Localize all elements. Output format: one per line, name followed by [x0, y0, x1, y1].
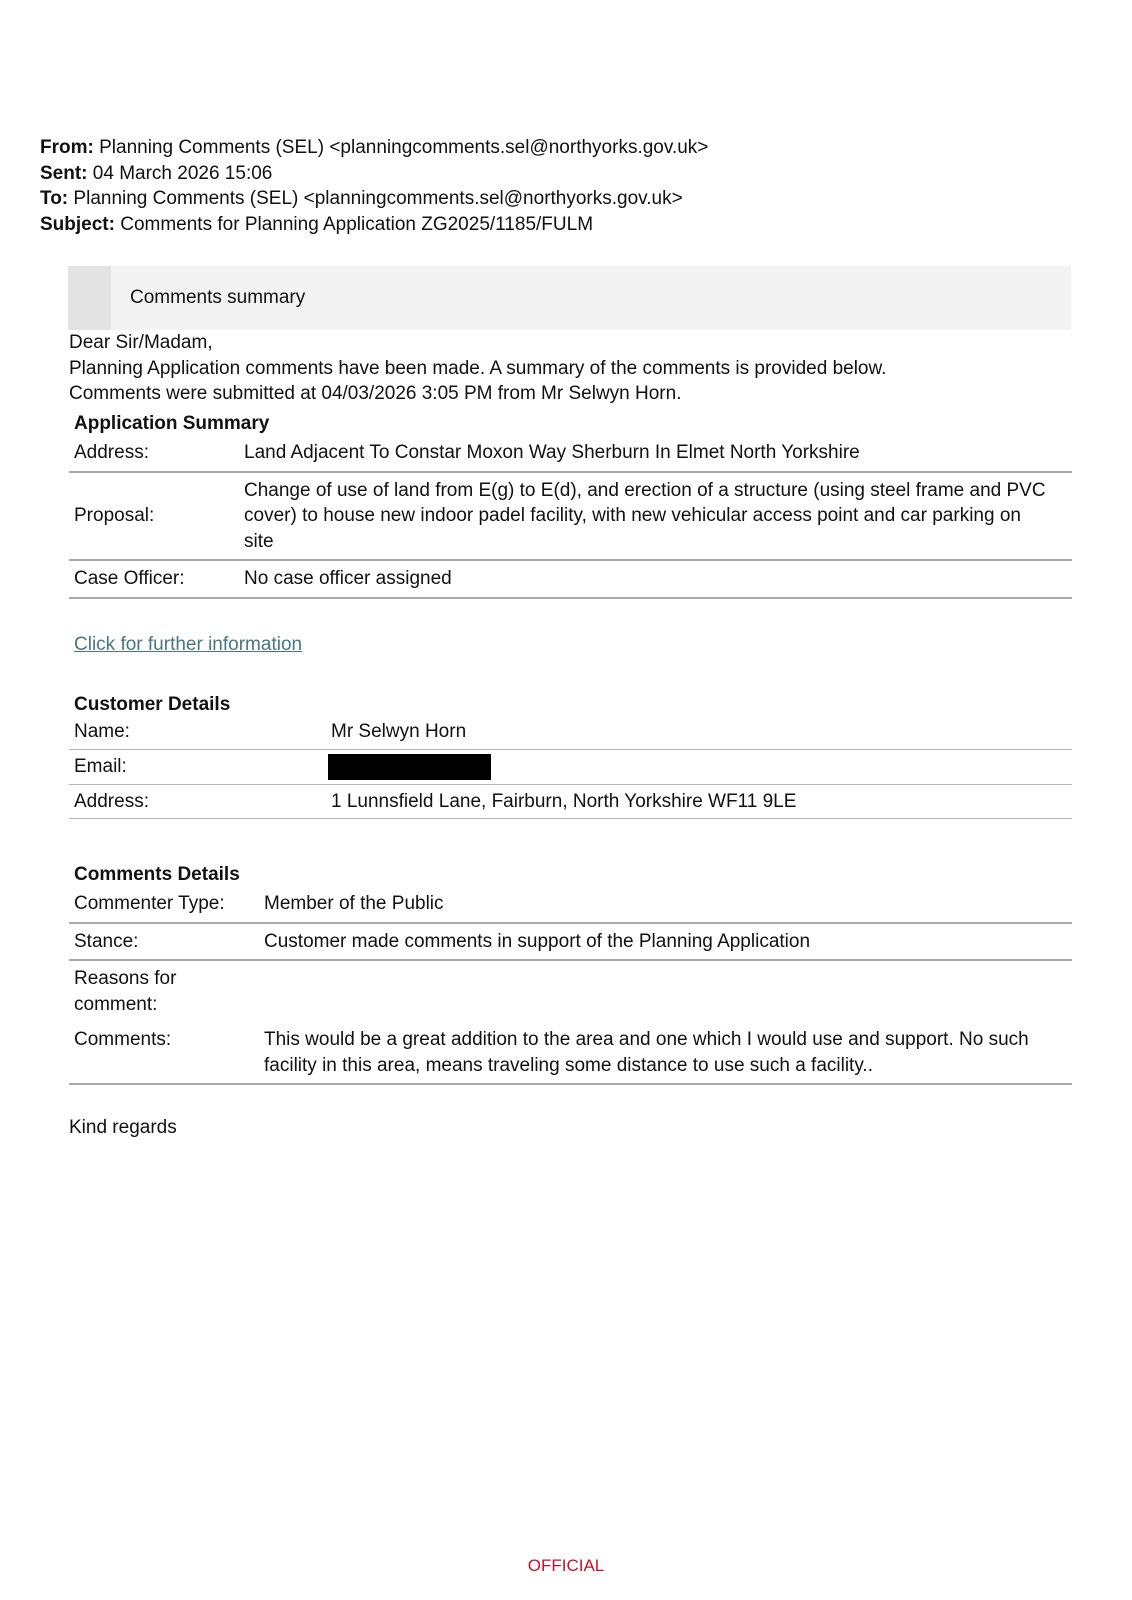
- row-value: This would be a great addition to the ar…: [259, 1022, 1072, 1084]
- row-label: Commenter Type:: [69, 886, 259, 923]
- table-row: Address: 1 Lunnsfield Lane, Fairburn, No…: [69, 784, 1072, 819]
- row-value: [259, 960, 1072, 1022]
- comments-summary-banner: Comments summary: [68, 266, 1071, 330]
- email-header: From: Planning Comments (SEL) <planningc…: [40, 135, 708, 237]
- table-row: Address: Land Adjacent To Constar Moxon …: [69, 435, 1072, 472]
- comments-details-table: Commenter Type: Member of the Public Sta…: [69, 886, 1072, 1085]
- classification-footer: OFFICIAL: [0, 1556, 1132, 1576]
- to-line: To: Planning Comments (SEL) <planningcom…: [40, 186, 708, 212]
- row-label: Address:: [69, 784, 326, 819]
- table-row: Comments: This would be a great addition…: [69, 1022, 1072, 1084]
- row-value: [326, 749, 1072, 784]
- intro-text: Dear Sir/Madam, Planning Application com…: [69, 330, 886, 407]
- comments-details-title: Comments Details: [74, 864, 240, 886]
- row-label: Case Officer:: [69, 560, 239, 598]
- row-value: Mr Selwyn Horn: [326, 715, 1072, 749]
- row-value: Land Adjacent To Constar Moxon Way Sherb…: [239, 435, 1072, 472]
- row-label: Reasons for comment:: [69, 960, 259, 1022]
- row-value: Customer made comments in support of the…: [259, 923, 1072, 961]
- further-information-link[interactable]: Click for further information: [74, 634, 302, 656]
- row-value: Change of use of land from E(g) to E(d),…: [239, 472, 1072, 561]
- row-label: Stance:: [69, 923, 259, 961]
- row-label: Address:: [69, 435, 239, 472]
- row-value: No case officer assigned: [239, 560, 1072, 598]
- row-value: 1 Lunnsfield Lane, Fairburn, North Yorks…: [326, 784, 1072, 819]
- redacted-email: [328, 754, 491, 780]
- row-label: Email:: [69, 749, 326, 784]
- sent-value: 04 March 2026 15:06: [93, 163, 273, 184]
- table-row: Case Officer: No case officer assigned: [69, 560, 1072, 598]
- to-value: Planning Comments (SEL) <planningcomment…: [73, 188, 682, 209]
- customer-details-table: Name: Mr Selwyn Horn Email: Address: 1 L…: [69, 715, 1072, 819]
- application-summary-title: Application Summary: [74, 413, 269, 435]
- row-value: Member of the Public: [259, 886, 1072, 923]
- from-value: Planning Comments (SEL) <planningcomment…: [99, 137, 708, 158]
- intro-line-2: Comments were submitted at 04/03/2026 3:…: [69, 381, 886, 407]
- customer-details-title: Customer Details: [74, 694, 230, 716]
- row-label: Proposal:: [69, 472, 239, 561]
- banner-title: Comments summary: [130, 287, 305, 309]
- table-row: Commenter Type: Member of the Public: [69, 886, 1072, 923]
- closing-text: Kind regards: [69, 1117, 177, 1139]
- from-line: From: Planning Comments (SEL) <planningc…: [40, 135, 708, 161]
- subject-value: Comments for Planning Application ZG2025…: [120, 214, 593, 235]
- sent-line: Sent: 04 March 2026 15:06: [40, 161, 708, 187]
- table-row: Stance: Customer made comments in suppor…: [69, 923, 1072, 961]
- table-row: Email:: [69, 749, 1072, 784]
- row-label: Comments:: [69, 1022, 259, 1084]
- row-label: Name:: [69, 715, 326, 749]
- table-row: Reasons for comment:: [69, 960, 1072, 1022]
- application-summary-table: Address: Land Adjacent To Constar Moxon …: [69, 435, 1072, 599]
- table-row: Proposal: Change of use of land from E(g…: [69, 472, 1072, 561]
- intro-line-1: Planning Application comments have been …: [69, 356, 886, 382]
- banner-stripe: [68, 266, 111, 330]
- subject-line: Subject: Comments for Planning Applicati…: [40, 212, 708, 238]
- greeting: Dear Sir/Madam,: [69, 330, 886, 356]
- table-row: Name: Mr Selwyn Horn: [69, 715, 1072, 749]
